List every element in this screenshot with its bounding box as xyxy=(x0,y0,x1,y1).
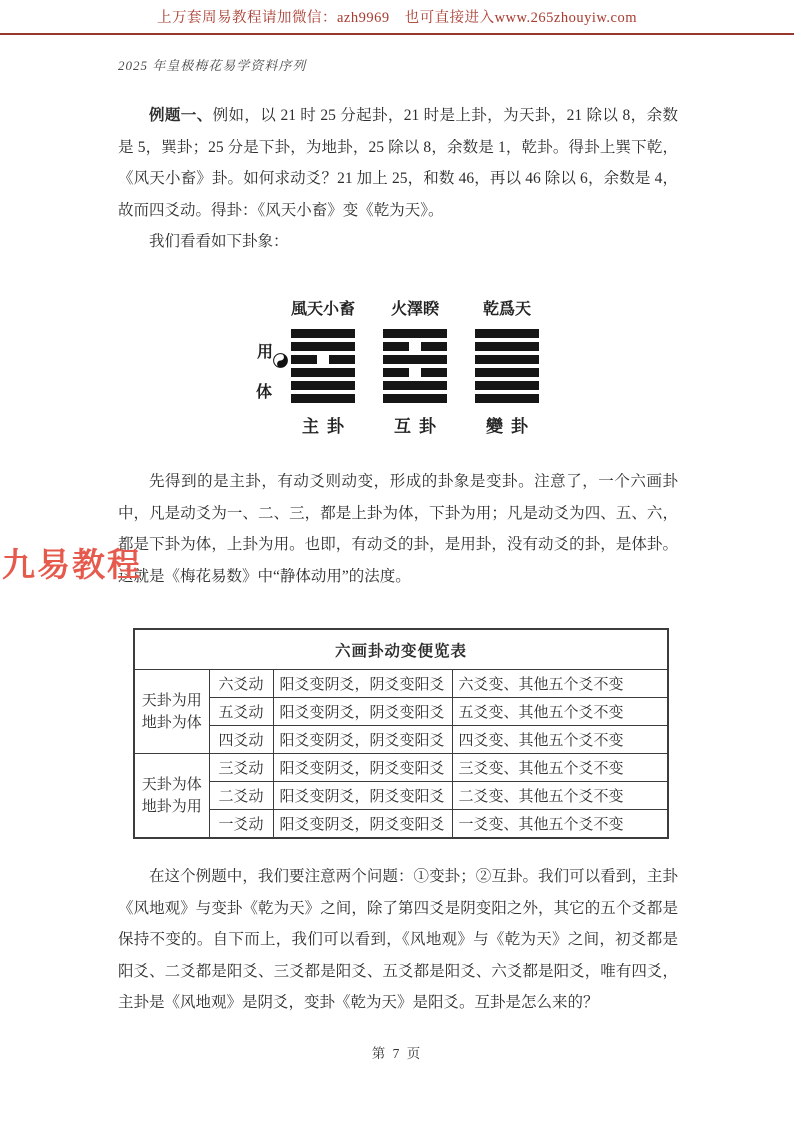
hexagram-line-segment xyxy=(383,342,409,351)
hexagram-lines xyxy=(475,329,539,403)
document-page: { "colors": { "header_red": "#a93b30", "… xyxy=(0,0,794,1123)
mover-cell: 四爻动 xyxy=(209,726,273,754)
result-cell: 一爻变、其他五个爻不变 xyxy=(452,810,668,839)
result-cell: 四爻变、其他五个爻不变 xyxy=(452,726,668,754)
mover-cell: 五爻动 xyxy=(209,698,273,726)
yinyang-icon xyxy=(273,353,288,368)
hexagram-line-broken xyxy=(291,355,355,364)
rule-cell: 阳爻变阴爻，阴爻变阳爻 xyxy=(273,698,452,726)
group-label-line: 天卦为用 xyxy=(137,690,207,712)
watermark: 九易教程 xyxy=(2,539,142,586)
hexagram-line-solid xyxy=(383,381,447,390)
doc-title: 2025 年皇极梅花易学资料序列 xyxy=(118,55,306,74)
hexagram-line-solid xyxy=(383,355,447,364)
hexagram-title: 乾爲天 xyxy=(452,296,562,319)
group-label-line: 地卦为用 xyxy=(137,796,207,818)
table-title-row: 六画卦动变便览表 xyxy=(134,629,668,670)
hexagram-line-solid xyxy=(475,342,539,351)
hexagram-line-solid xyxy=(383,394,447,403)
hexagram-mutual: 火澤睽 互卦 xyxy=(383,296,447,437)
mover-cell: 六爻动 xyxy=(209,670,273,698)
hexagram-line-solid xyxy=(291,368,355,377)
group-label-line: 天卦为体 xyxy=(137,774,207,796)
hexagram-line-broken xyxy=(383,342,447,351)
paragraph-example: 例题一、例如，以 21 时 25 分起卦，21 时是上卦，为天卦，21 除以 8… xyxy=(118,100,678,226)
hexagram-line-segment xyxy=(421,368,447,377)
table-row: 天卦为用 地卦为体 六爻动 阳爻变阴爻，阴爻变阳爻 六爻变、其他五个爻不变 xyxy=(134,670,668,698)
table-row: 一爻动 阳爻变阴爻，阴爻变阳爻 一爻变、其他五个爻不变 xyxy=(134,810,668,839)
group-label-line: 地卦为体 xyxy=(137,712,207,734)
hexagram-line-solid xyxy=(291,329,355,338)
rule-cell: 阳爻变阴爻，阴爻变阳爻 xyxy=(273,670,452,698)
rule-cell: 阳爻变阴爻，阴爻变阳爻 xyxy=(273,754,452,782)
intro-line: 我们看看如下卦象： xyxy=(118,226,678,258)
rule-cell: 阳爻变阴爻，阴爻变阳爻 xyxy=(273,726,452,754)
result-cell: 五爻变、其他五个爻不变 xyxy=(452,698,668,726)
hexagram-line-solid xyxy=(475,329,539,338)
hexagram-change-table: 六画卦动变便览表 天卦为用 地卦为体 六爻动 阳爻变阴爻，阴爻变阳爻 六爻变、其… xyxy=(133,628,669,839)
header-notice: 上万套周易教程请加微信：azh9969 也可直接进入www.265zhouyiw… xyxy=(0,6,794,27)
hexagram-line-solid xyxy=(291,342,355,351)
page-number: 第 7 页 xyxy=(0,1042,794,1062)
table-row: 二爻动 阳爻变阴爻，阴爻变阳爻 二爻变、其他五个爻不变 xyxy=(134,782,668,810)
body-label: 体 xyxy=(256,379,272,402)
table-title: 六画卦动变便览表 xyxy=(134,629,668,670)
hexagram-line-segment xyxy=(291,355,317,364)
hexagram-lines xyxy=(291,329,355,403)
hexagram-line-solid xyxy=(475,368,539,377)
group-label-cell: 天卦为用 地卦为体 xyxy=(134,670,209,754)
hexagram-caption: 互卦 xyxy=(383,412,447,437)
hexagram-line-broken xyxy=(383,368,447,377)
header-rule xyxy=(0,33,794,35)
group-label-cell: 天卦为体 地卦为用 xyxy=(134,754,209,839)
hexagram-line-solid xyxy=(291,381,355,390)
hexagram-line-segment xyxy=(383,368,409,377)
hexagram-line-segment xyxy=(421,342,447,351)
hexagram-caption: 變卦 xyxy=(475,412,539,437)
result-cell: 二爻变、其他五个爻不变 xyxy=(452,782,668,810)
hexagram-caption: 主卦 xyxy=(291,412,355,437)
hexagram-changed: 乾爲天 變卦 xyxy=(475,296,539,437)
mover-cell: 二爻动 xyxy=(209,782,273,810)
hexagram-main: 風天小畜 主卦 xyxy=(291,296,355,437)
hexagram-line-solid xyxy=(475,381,539,390)
table-row: 五爻动 阳爻变阴爻，阴爻变阳爻 五爻变、其他五个爻不变 xyxy=(134,698,668,726)
rule-cell: 阳爻变阴爻，阴爻变阳爻 xyxy=(273,810,452,839)
hexagram-line-solid xyxy=(291,394,355,403)
paragraph-analysis: 在这个例题中，我们要注意两个问题：①变卦；②互卦。我们可以看到，主卦《风地观》与… xyxy=(118,861,678,1019)
hexagram-line-solid xyxy=(475,355,539,364)
hexagram-line-solid xyxy=(383,329,447,338)
table-row: 四爻动 阳爻变阴爻，阴爻变阳爻 四爻变、其他五个爻不变 xyxy=(134,726,668,754)
hexagram-line-segment xyxy=(329,355,355,364)
rule-cell: 阳爻变阴爻，阴爻变阳爻 xyxy=(273,782,452,810)
mover-cell: 三爻动 xyxy=(209,754,273,782)
hexagram-line-solid xyxy=(475,394,539,403)
use-label: 用 xyxy=(257,339,273,362)
table-row: 天卦为体 地卦为用 三爻动 阳爻变阴爻，阴爻变阳爻 三爻变、其他五个爻不变 xyxy=(134,754,668,782)
result-cell: 三爻变、其他五个爻不变 xyxy=(452,754,668,782)
hexagram-diagram: 用 体 風天小畜 主卦 火澤睽 互卦 乾爲天 變卦 xyxy=(230,296,542,436)
result-cell: 六爻变、其他五个爻不变 xyxy=(452,670,668,698)
hexagram-lines xyxy=(383,329,447,403)
example-label: 例题一、 xyxy=(149,107,213,124)
mover-cell: 一爻动 xyxy=(209,810,273,839)
paragraph-rule: 先得到的是主卦，有动爻则动变，形成的卦象是变卦。注意了，一个六画卦中，凡是动爻为… xyxy=(118,466,678,592)
